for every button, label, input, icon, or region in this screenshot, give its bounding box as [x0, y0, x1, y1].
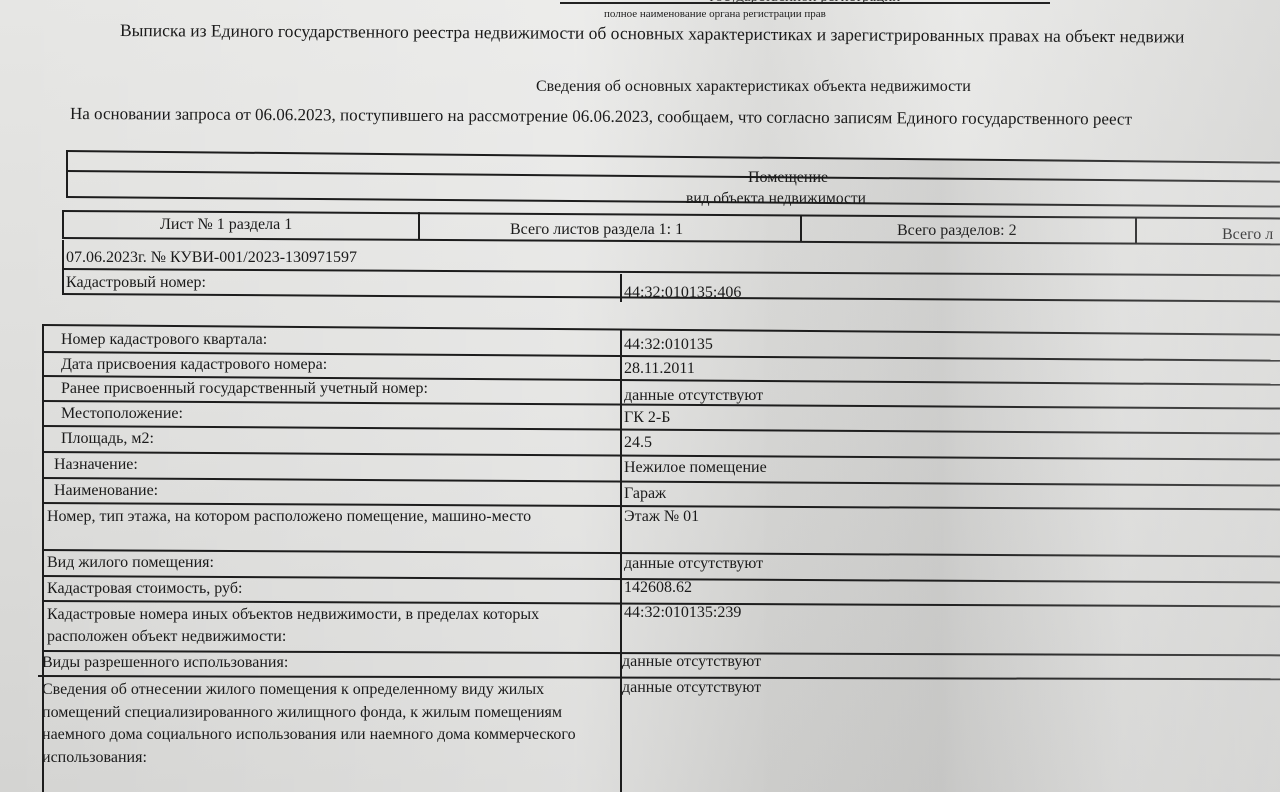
row-value: Этаж № 01 — [624, 507, 699, 527]
row-label: Ранее присвоенный государственный учетны… — [61, 379, 428, 399]
row-label: Кадастровые номера иных объектов недвижи… — [47, 604, 617, 648]
row-label: Назначение: — [54, 455, 138, 475]
object-type-caption: вид объекта недвижимости — [686, 189, 866, 209]
row-value: 24.5 — [624, 433, 652, 453]
row-label: Сведения об отнесении жилого помещения к… — [42, 679, 612, 769]
row-label: Номер, тип этажа, на котором расположено… — [47, 506, 617, 527]
total-sheets: Всего л — [1222, 225, 1273, 245]
sheet-number: Лист № 1 раздела 1 — [160, 215, 292, 235]
row-value: 142608.62 — [624, 578, 692, 598]
extract-date-number: 07.06.2023г. № КУВИ-001/2023-130971597 — [66, 248, 357, 268]
row-value: данные отсутствуют — [624, 554, 763, 574]
row-label: Виды разрешенного использования: — [42, 653, 288, 673]
row-value: ГК 2-Б — [624, 408, 670, 428]
object-type-value: Помещение — [748, 168, 828, 188]
row-label: Площадь, м2: — [61, 429, 154, 449]
row-label: Наименование: — [54, 481, 158, 501]
row-value: 28.11.2011 — [624, 359, 695, 379]
row-value: Гараж — [624, 484, 666, 504]
row-value: 44:32:010135:239 — [624, 603, 741, 623]
row-value: Нежилое помещение — [624, 458, 767, 478]
property-table: Помещение вид объекта недвижимости Лист … — [0, 0, 1280, 792]
row-label: Вид жилого помещения: — [47, 553, 214, 573]
row-value: данные отсутствуют — [622, 652, 761, 672]
total-sheets-section: Всего листов раздела 1: 1 — [510, 220, 683, 240]
row-label: Номер кадастрового квартала: — [61, 330, 267, 350]
row-value: 44:32:010135 — [624, 335, 713, 355]
row-label: Кадастровая стоимость, руб: — [47, 579, 242, 599]
row-value: данные отсутствуют — [622, 678, 761, 698]
cadastral-number-value: 44:32:010135:406 — [624, 283, 741, 303]
row-label: Местоположение: — [61, 404, 183, 424]
row-label: Дата присвоения кадастрового номера: — [61, 355, 327, 375]
total-sections: Всего разделов: 2 — [897, 221, 1017, 241]
cadastral-number-label: Кадастровый номер: — [66, 273, 206, 293]
